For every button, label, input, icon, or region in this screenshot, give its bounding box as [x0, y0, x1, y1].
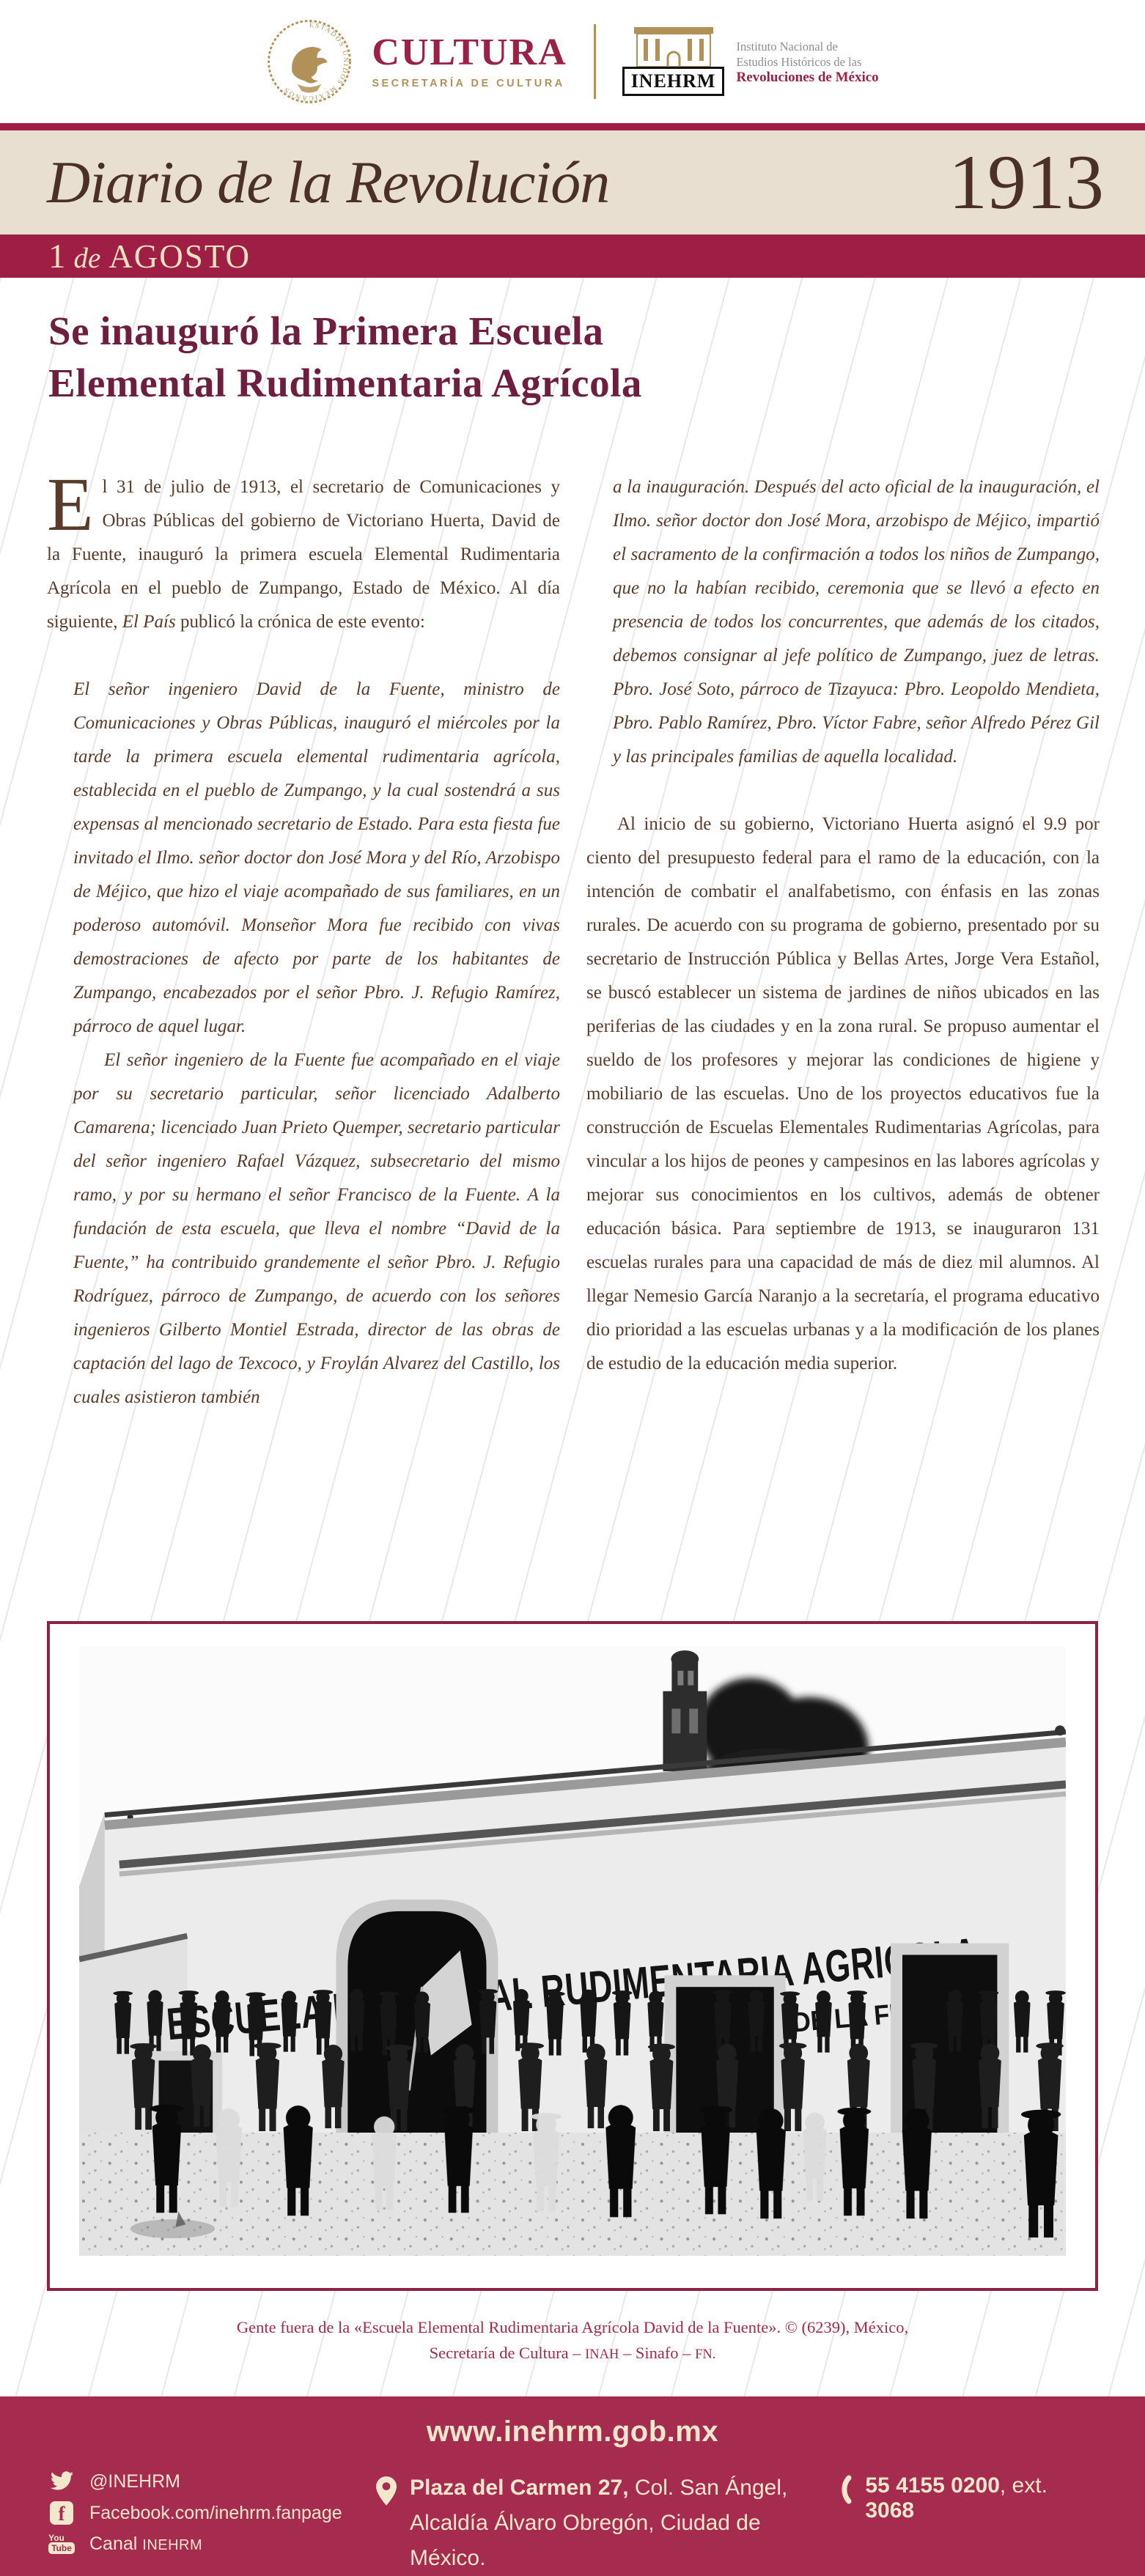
phone-icon: [837, 2473, 853, 2510]
headline-line2: Elemental Rudimentaria Agrícola: [48, 357, 642, 409]
inehrm-wordmark: INEHRM: [622, 67, 725, 96]
top-maroon-rule: [0, 123, 1145, 130]
phone-block: 55 4155 0200, ext. 3068: [837, 2470, 1100, 2523]
social-links: @INEHRM f Facebook.com/inehrm.fanpage Yo…: [45, 2470, 372, 2555]
flyer-page: ESTADOS UNIDOS MEXICANOS CULTURA SECRETA…: [0, 0, 1145, 2576]
masthead-band: Diario de la Revolución 1913: [0, 130, 1145, 235]
twitter-handle: @INEHRM: [89, 2471, 180, 2492]
phone-text: 55 4155 0200, ext. 3068: [865, 2473, 1100, 2523]
logo-divider: [594, 24, 596, 99]
closing-paragraph: Al inicio de su gobierno, Victoriano Hue…: [586, 808, 1100, 1381]
column-right: a la inauguración. Después del acto ofic…: [586, 470, 1100, 1381]
cultura-wordmark: CULTURA: [372, 34, 567, 72]
photo-caption: Gente fuera de la «Escuela Elemental Rud…: [0, 2314, 1145, 2368]
quote-paragraph-2-right: a la inauguración. Después del acto ofic…: [613, 470, 1100, 774]
quote-paragraph-2-left: El señor ingeniero de la Fuente fue acom…: [73, 1044, 560, 1414]
inehrm-name-line2: Estudios Históricos de las: [736, 54, 878, 70]
drop-cap: E: [47, 470, 103, 535]
cultura-subtitle: SECRETARÍA DE CULTURA: [372, 78, 567, 89]
facebook-icon: f: [45, 2501, 78, 2525]
inehrm-name-line3: Revoluciones de México: [736, 70, 878, 85]
lead-paragraph: El 31 de julio de 1913, el secretario de…: [47, 470, 560, 639]
location-pin-icon: [376, 2470, 397, 2576]
website-link[interactable]: www.inehrm.gob.mx: [0, 2416, 1145, 2448]
date-band: 1 de AGOSTO: [0, 235, 1145, 278]
inehrm-logo: INEHRM Instituto Nacional de Estudios Hi…: [622, 27, 879, 96]
caption-line2: Secretaría de Cultura – INAH – Sinafo – …: [0, 2340, 1145, 2368]
address-text: Plaza del Carmen 27, Col. San Ángel, Alc…: [410, 2470, 837, 2576]
header-logos: ESTADOS UNIDOS MEXICANOS CULTURA SECRETA…: [0, 0, 1145, 123]
caption-inah: INAH: [585, 2347, 619, 2362]
youtube-handle: Canal INEHRM: [89, 2533, 202, 2555]
column-left: El 31 de julio de 1913, el secretario de…: [47, 470, 560, 1414]
facebook-link[interactable]: f Facebook.com/inehrm.fanpage: [45, 2501, 372, 2525]
twitter-link[interactable]: @INEHRM: [45, 2470, 372, 2492]
masthead-year: 1913: [949, 146, 1104, 219]
inehrm-name-line1: Instituto Nacional de: [736, 39, 878, 54]
youtube-icon: You Tube: [45, 2534, 78, 2554]
quote-paragraph-1: El señor ingeniero David de la Fuente, m…: [73, 673, 560, 1044]
lead-text-b: publicó la crónica de este evento:: [176, 612, 425, 632]
footer: www.inehrm.gob.mx @INEHRM f Facebook.com…: [0, 2396, 1145, 2576]
address-street: Plaza del Carmen 27,: [410, 2476, 628, 2500]
cultura-logo: CULTURA SECRETARÍA DE CULTURA: [372, 34, 567, 89]
date-text: 1 de AGOSTO: [48, 237, 251, 276]
inehrm-full-name: Instituto Nacional de Estudios Histórico…: [736, 39, 878, 85]
date-de: de: [74, 242, 101, 275]
lead-text-a: l 31 de julio de 1913, el secretario de …: [47, 477, 560, 632]
address-block: Plaza del Carmen 27, Col. San Ángel, Alc…: [376, 2470, 837, 2576]
caption-line1: Gente fuera de la «Escuela Elemental Rud…: [0, 2314, 1145, 2340]
school-photo: ESCUELA ELEMENTAL RUDIMENTARIA AGRICOLA …: [79, 1646, 1066, 2256]
caption-fn: FN.: [695, 2347, 715, 2362]
address-city: Alcaldía Álvaro Obregón, Ciudad de Méxic…: [410, 2511, 761, 2570]
footer-row: @INEHRM f Facebook.com/inehrm.fanpage Yo…: [0, 2470, 1145, 2576]
date-month: AGOSTO: [108, 237, 251, 276]
youtube-link[interactable]: You Tube Canal INEHRM: [45, 2533, 372, 2555]
article-headline: Se inauguró la Primera Escuela Elemental…: [48, 305, 642, 409]
date-day: 1: [48, 237, 66, 276]
mexico-seal-icon: ESTADOS UNIDOS MEXICANOS: [266, 18, 353, 105]
masthead-title: Diario de la Revolución: [47, 148, 609, 217]
eagle-glyph: [292, 47, 328, 84]
facebook-handle: Facebook.com/inehrm.fanpage: [89, 2503, 342, 2524]
twitter-icon: [45, 2470, 78, 2492]
photo-frame: ESCUELA ELEMENTAL RUDIMENTARIA AGRICOLA …: [47, 1621, 1098, 2291]
publication-name: El País: [122, 612, 176, 632]
headline-line1: Se inauguró la Primera Escuela: [48, 305, 642, 357]
